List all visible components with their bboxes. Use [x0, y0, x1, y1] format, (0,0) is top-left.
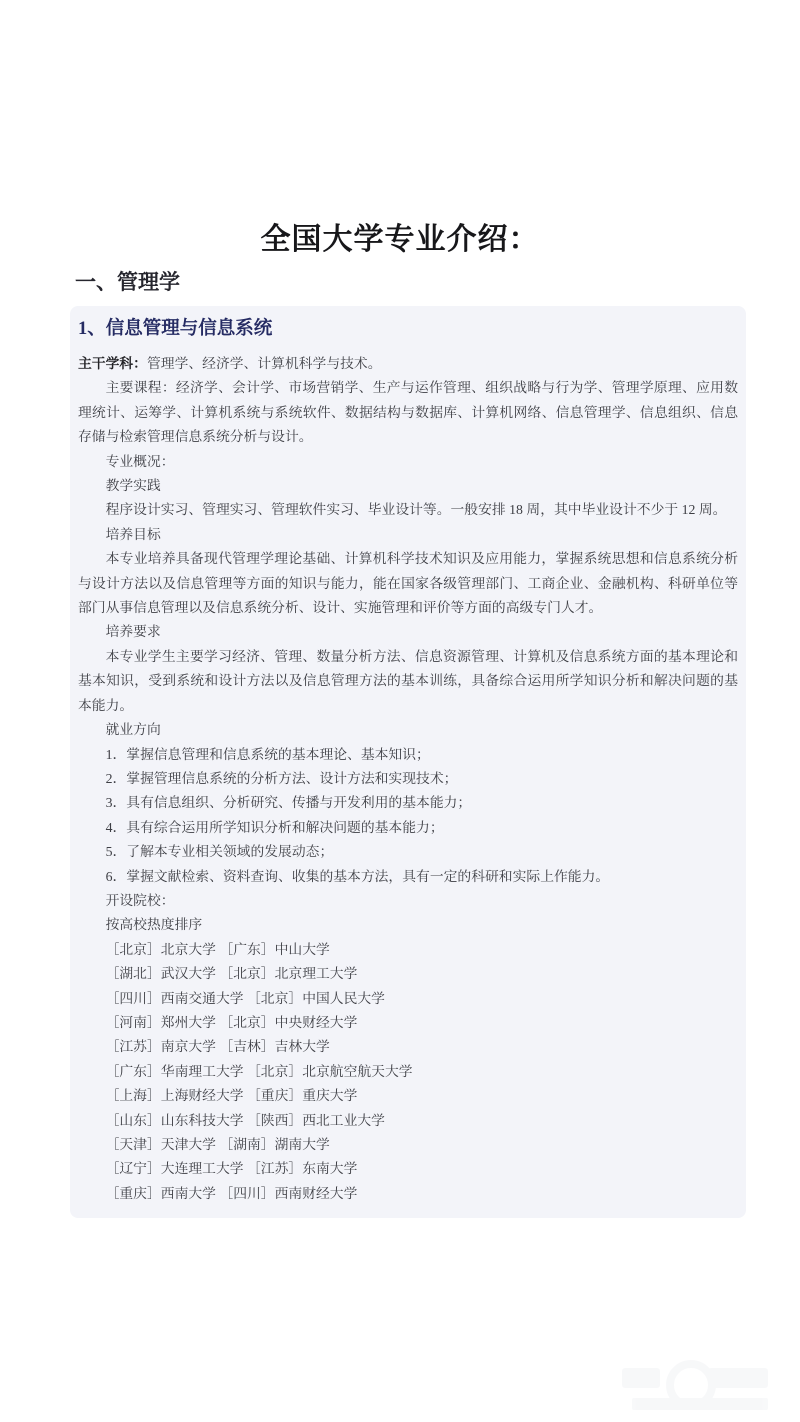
section-paragraphs: 主要课程：经济学、会计学、市场营销学、生产与运作管理、组织战略与行为学、管理学原… — [78, 376, 738, 937]
category-heading: 一、管理学 — [75, 268, 800, 296]
paragraph: 6．掌握文献检索、资料查询、收集的基本方法，具有一定的科研和实际上作能力。 — [78, 865, 738, 889]
watermark-shape — [708, 1368, 768, 1388]
paragraph: 程序设计实习、管理实习、管理软件实习、毕业设计等。一般安排 18 周，其中毕业设… — [78, 498, 738, 522]
paragraph: 4．具有综合运用所学知识分析和解决问题的基本能力； — [78, 816, 738, 840]
school-row: ［广东］华南理工大学 ［北京］北京航空航天大学 — [78, 1060, 738, 1084]
paragraph: 本专业培养具备现代管理学理论基础、计算机科学技术知识及应用能力，掌握系统思想和信… — [78, 547, 738, 620]
paragraph: 培养要求 — [78, 620, 738, 644]
school-row: ［重庆］西南大学 ［四川］西南财经大学 — [78, 1182, 738, 1206]
paragraph: 教学实践 — [78, 474, 738, 498]
main-subjects-line: 主干学科：管理学、经济学、计算机科学与技术。 — [78, 352, 738, 376]
paragraph: 按高校热度排序 — [78, 913, 738, 937]
paragraph: 主要课程：经济学、会计学、市场营销学、生产与运作管理、组织战略与行为学、管理学原… — [78, 376, 738, 449]
paragraph: 开设院校： — [78, 889, 738, 913]
paragraph: 3．具有信息组织、分析研究、传播与开发利用的基本能力； — [78, 791, 738, 815]
school-row: ［上海］上海财经大学 ［重庆］重庆大学 — [78, 1084, 738, 1108]
watermark — [622, 1358, 772, 1414]
paragraph: 本专业学生主要学习经济、管理、数量分析方法、信息资源管理、计算机及信息系统方面的… — [78, 645, 738, 718]
school-list: ［北京］北京大学 ［广东］中山大学［湖北］武汉大学 ［北京］北京理工大学［四川］… — [78, 938, 738, 1206]
section-heading: 1、信息管理与信息系统 — [78, 314, 738, 344]
school-row: ［北京］北京大学 ［广东］中山大学 — [78, 938, 738, 962]
paragraph: 5．了解本专业相关领域的发展动态； — [78, 840, 738, 864]
school-row: ［山东］山东科技大学 ［陕西］西北工业大学 — [78, 1109, 738, 1133]
section-panel: 1、信息管理与信息系统 主干学科：管理学、经济学、计算机科学与技术。 主要课程：… — [70, 306, 746, 1218]
page-title: 全国大学专业介绍： — [0, 220, 800, 260]
paragraph: 就业方向 — [78, 718, 738, 742]
watermark-shape — [632, 1398, 768, 1410]
school-row: ［辽宁］大连理工大学 ［江苏］东南大学 — [78, 1157, 738, 1181]
school-row: ［湖北］武汉大学 ［北京］北京理工大学 — [78, 962, 738, 986]
main-subjects-label: 主干学科： — [78, 356, 147, 371]
document-body: 全国大学专业介绍： 一、管理学 1、信息管理与信息系统 主干学科：管理学、经济学… — [0, 220, 800, 1218]
watermark-shape — [622, 1368, 660, 1388]
school-row: ［江苏］南京大学 ［吉林］吉林大学 — [78, 1035, 738, 1059]
school-row: ［四川］西南交通大学 ［北京］中国人民大学 — [78, 987, 738, 1011]
paragraph: 专业概况： — [78, 450, 738, 474]
school-row: ［天津］天津大学 ［湖南］湖南大学 — [78, 1133, 738, 1157]
main-subjects-text: 管理学、经济学、计算机科学与技术。 — [147, 356, 382, 371]
paragraph: 1．掌握信息管理和信息系统的基本理论、基本知识； — [78, 743, 738, 767]
document-page: 全国大学专业介绍： 一、管理学 1、信息管理与信息系统 主干学科：管理学、经济学… — [0, 0, 800, 1422]
school-row: ［河南］郑州大学 ［北京］中央财经大学 — [78, 1011, 738, 1035]
paragraph: 2．掌握管理信息系统的分析方法、设计方法和实现技术； — [78, 767, 738, 791]
paragraph: 培养目标 — [78, 523, 738, 547]
